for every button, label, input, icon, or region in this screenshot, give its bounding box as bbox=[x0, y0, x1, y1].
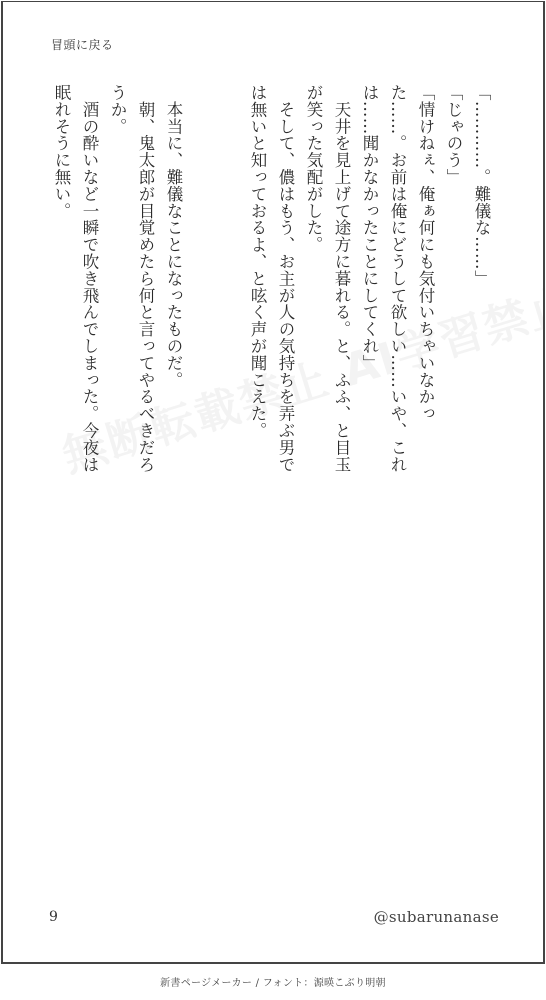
author-handle: @subarunanase bbox=[374, 908, 499, 926]
paragraph: 「情けねぇ、俺ぁ何にも気付いちゃいなかった……。お前は俺にどうして欲しい……いや… bbox=[355, 84, 439, 484]
paragraph: そして、儂はもう、お主が人の気持ちを弄ぶ男では無いと知っておるよ、と呟く声が聞こ… bbox=[243, 84, 299, 484]
blank-line bbox=[215, 84, 243, 484]
blank-line bbox=[187, 84, 215, 484]
paragraph: 天井を見上げて途方に暮れる。と、ふふ、と目玉が笑った気配がした。 bbox=[299, 84, 355, 484]
back-to-start-link[interactable]: 冒頭に戻る bbox=[51, 36, 114, 53]
paragraph: 本当に、難儀なことになったものだ。 bbox=[159, 84, 187, 484]
generator-caption: 新書ページメーカー / フォント：源暎こぶり明朝 bbox=[0, 974, 546, 989]
page-number: 9 bbox=[49, 909, 58, 925]
paragraph: 朝、鬼太郎が目覚めたら何と言ってやるべきだろうか。 bbox=[103, 84, 159, 484]
paragraph: 酒の酔いなど一瞬で吹き飛んでしまった。今夜は眠れそうに無い。 bbox=[47, 84, 103, 484]
paragraph: 「…………。難儀な……」 bbox=[467, 84, 495, 484]
book-page: 冒頭に戻る 無断転載禁止 AI学習禁止 「…………。難儀な……」 「じゃのう」 … bbox=[1, 1, 545, 964]
paragraph: 「じゃのう」 bbox=[439, 84, 467, 484]
vertical-body-text: 「…………。難儀な……」 「じゃのう」 「情けねぇ、俺ぁ何にも気付いちゃいなかっ… bbox=[47, 84, 495, 484]
